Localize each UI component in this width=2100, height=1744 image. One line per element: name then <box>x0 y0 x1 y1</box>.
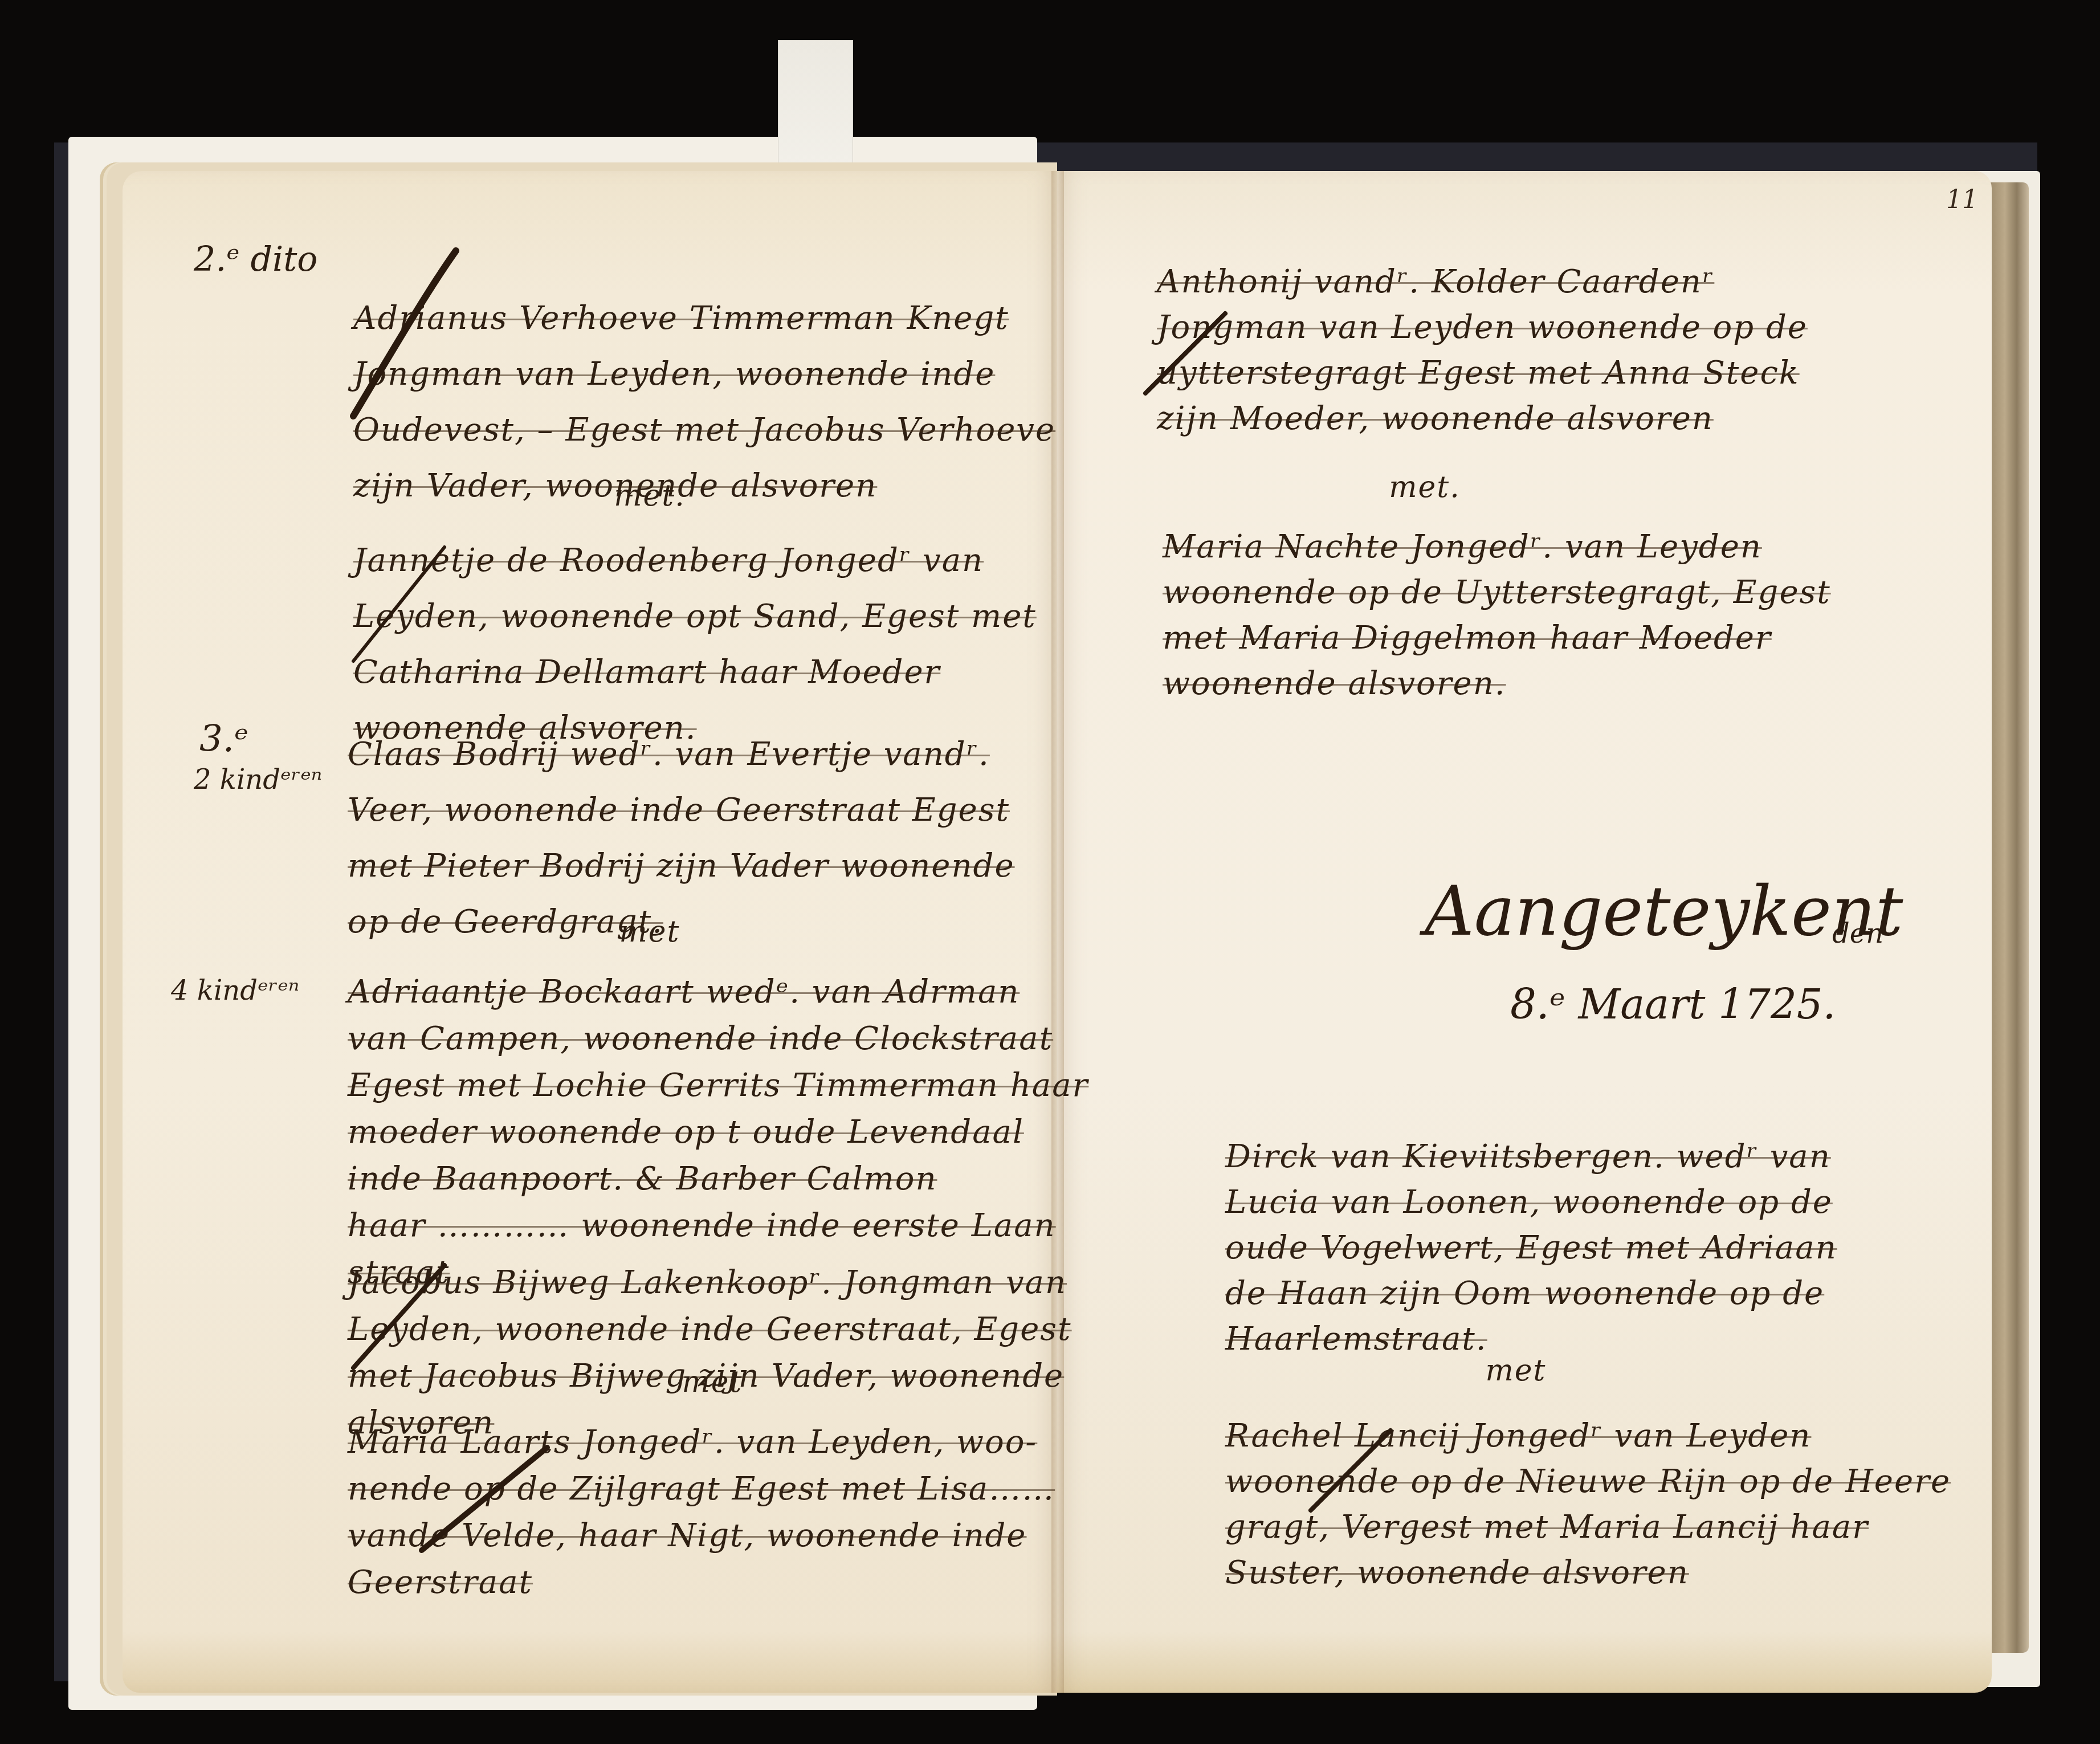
register-entry: Dirck van Kieviitsbergen. wedʳ van Lucia… <box>1225 1134 1837 1362</box>
entry-line: Adrianus Verhoeve Timmerman Knegt <box>353 291 1055 347</box>
entry-line: gragt, Vergest met Maria Lancij haar <box>1225 1505 1951 1550</box>
register-entry: Rachel Lancij Jongedʳ van Leyden woonend… <box>1225 1413 1951 1596</box>
entry-line: moeder woonende op t oude Levendaal <box>348 1109 1088 1156</box>
separator-met: met <box>655 1351 769 1413</box>
page-number: 11 <box>1946 185 1978 214</box>
entry-line: Veer, woonende inde Geerstraat Egest <box>348 783 1015 838</box>
entry-line: vande Velde, haar Nigt, woonende inde <box>348 1513 1055 1559</box>
section-heading-suffix: den <box>1832 918 1883 950</box>
entry-line: zijn Moeder, woonende alsvoren <box>1157 396 1808 442</box>
entry-line: Oudevest, – Egest met Jacobus Verhoeve <box>353 402 1055 458</box>
entry-line: uytterstegragt Egest met Anna Steck <box>1157 351 1808 396</box>
entry-line: Geerstraat <box>348 1559 1055 1606</box>
entry-line: Leyden, woonende opt Sand, Egest met <box>353 589 1037 645</box>
margin-note: 2.ᵉ dito <box>194 239 317 279</box>
entry-line: Jacobus Bijweg Lakenkoopʳ. Jongman van <box>348 1260 1072 1306</box>
separator-met: met <box>1459 1339 1573 1402</box>
register-entry: Jannetje de Roodenberg Jongedʳ van Leyde… <box>353 533 1037 756</box>
entry-line: Jongman van Leyden, woonende inde <box>353 347 1055 402</box>
entry-line: Catharina Dellamart haar Moeder <box>353 645 1037 700</box>
register-date: 8.ᵉ Maart 1725. <box>1510 980 1836 1028</box>
margin-note: 3.ᵉ <box>199 718 248 760</box>
entry-line: woonende alsvoren. <box>1163 661 1831 707</box>
margin-note: 2 kindᵉʳᵉⁿ <box>194 764 322 796</box>
margin-note: 4 kindᵉʳᵉⁿ <box>171 975 299 1007</box>
entry-line: nende op de Zijlgragt Egest met Lisa…… <box>348 1466 1055 1513</box>
entry-line: van Campen, woonende inde Clockstraat <box>348 1016 1088 1062</box>
entry-line: Adriaantje Bockaart wedᵉ. van Adrman <box>348 969 1088 1016</box>
separator-met: met <box>593 900 707 963</box>
entry-line: Anthonij vandʳ. Kolder Caardenʳ <box>1157 259 1808 305</box>
page-stack-right <box>1989 182 2029 1653</box>
entry-line: met Maria Diggelmon haar Moeder <box>1163 616 1831 661</box>
section-heading: Aangeteykent <box>1425 872 1903 951</box>
entry-line: Maria Laarts Jongedʳ. van Leyden, woo- <box>348 1419 1055 1466</box>
entry-line: Suster, woonende alsvoren <box>1225 1550 1951 1596</box>
entry-line: Maria Nachte Jongedʳ. van Leyden <box>1163 524 1831 570</box>
separator-met: met. <box>593 464 707 527</box>
entry-line: haar ………… woonende inde eerste Laan <box>348 1203 1088 1249</box>
entry-line: Leyden, woonende inde Geerstraat, Egest <box>348 1306 1072 1353</box>
register-entry: Anthonij vandʳ. Kolder Caardenʳ Jongman … <box>1157 259 1808 442</box>
entry-line: met Pieter Bodrij zijn Vader woonende <box>348 838 1015 894</box>
entry-line: woonende op de Uytterstegragt, Egest <box>1163 570 1831 616</box>
separator-met: met. <box>1368 456 1482 519</box>
entry-line: Jongman van Leyden woonende op de <box>1157 305 1808 351</box>
register-entry: Adriaantje Bockaart wedᵉ. van Adrman van… <box>348 969 1088 1296</box>
entry-line: Lucia van Loonen, woonende op de <box>1225 1180 1837 1225</box>
entry-line: Rachel Lancij Jongedʳ van Leyden <box>1225 1413 1951 1459</box>
entry-line: inde Baanpoort. & Barber Calmon <box>348 1156 1088 1203</box>
entry-line: Egest met Lochie Gerrits Timmerman haar <box>348 1062 1088 1109</box>
entry-line: Claas Bodrij wedʳ. van Evertje vandʳ. <box>348 727 1015 783</box>
register-entry: Maria Laarts Jongedʳ. van Leyden, woo- n… <box>348 1419 1055 1606</box>
entry-line: Dirck van Kieviitsbergen. wedʳ van <box>1225 1134 1837 1180</box>
entry-line: woonende op de Nieuwe Rijn op de Heere <box>1225 1459 1951 1505</box>
entry-line: Jannetje de Roodenberg Jongedʳ van <box>353 533 1037 589</box>
register-entry: Maria Nachte Jongedʳ. van Leyden woonend… <box>1163 524 1831 707</box>
entry-line: de Haan zijn Oom woonende op de <box>1225 1271 1837 1317</box>
entry-line: oude Vogelwert, Egest met Adriaan <box>1225 1225 1837 1271</box>
